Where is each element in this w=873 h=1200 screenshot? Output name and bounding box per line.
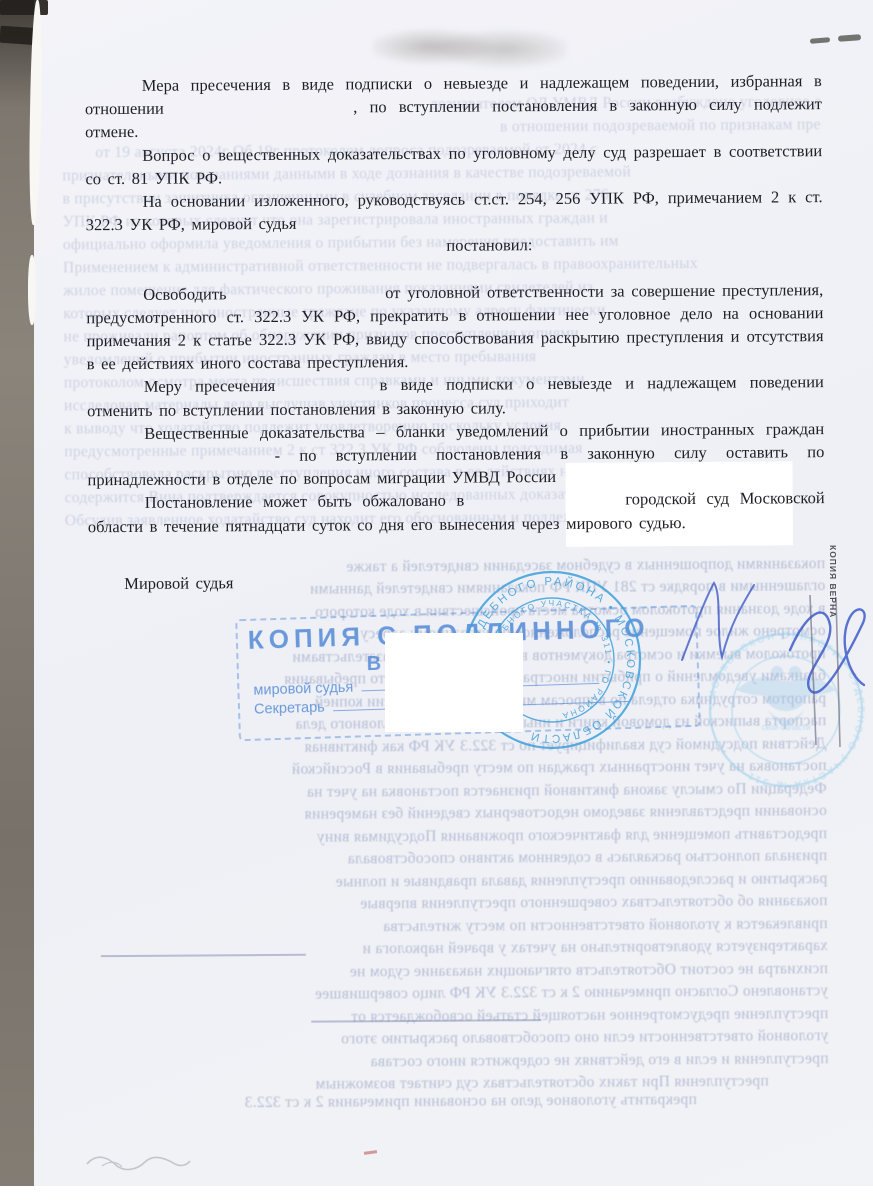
- paragraph: Постановление может быть обжаловано в го…: [88, 487, 825, 539]
- bleed-line: прекратить уголовное дело на основании п…: [157, 1089, 697, 1114]
- court-order-text: Мера пресечения в виде подписки о невыез…: [85, 69, 826, 595]
- secretary-label: Секретарь: [254, 700, 325, 718]
- redaction-box: [385, 633, 523, 732]
- paragraph: Мера пресечения в виде подписки о невыез…: [85, 69, 822, 144]
- redacted-gap: [475, 504, 615, 506]
- redacted-gap: [288, 390, 366, 392]
- paragraph: На основании изложенного, руководствуясь…: [85, 185, 822, 237]
- paragraph: Освободить от уголовной ответственности …: [86, 278, 824, 376]
- bleed-line: основании представления заведомо недосто…: [67, 800, 827, 826]
- pen-flourish: [672, 565, 762, 675]
- edge-vertical-note: КОПИЯ ВЕРНА: [828, 545, 838, 618]
- faded-stamp-imprint: [372, 26, 567, 72]
- redacted-gap: [176, 112, 341, 114]
- scanner-bottom-strip: [0, 1186, 873, 1200]
- bottom-pencil-scribble: [82, 1146, 194, 1172]
- bleed-line: характеризуется удовлетворительно на уче…: [68, 935, 828, 961]
- bleed-line: установлено Согласно примечанию 2 к ст 3…: [68, 980, 828, 1006]
- bleed-line: уголовной ответственности если оно спосо…: [68, 1025, 828, 1051]
- paragraph: Меру пресечения в виде подписки о невыез…: [87, 371, 824, 423]
- bleed-line: показания об обстоятельствах совершенног…: [67, 890, 827, 916]
- paragraph: Вещественные доказательства – бланки уве…: [87, 417, 824, 492]
- redacted-gap: [233, 297, 378, 299]
- judge-label: мировой судья: [253, 680, 353, 699]
- redacted-gap: [87, 460, 255, 462]
- scanned-court-order-page: дознавателем ОД УМВД России возбуждено у…: [0, 0, 873, 1200]
- paragraph: Вопрос о вещественных доказательствах по…: [85, 139, 822, 191]
- bleed-line: признала полностью раскаялась в содеянно…: [67, 845, 827, 871]
